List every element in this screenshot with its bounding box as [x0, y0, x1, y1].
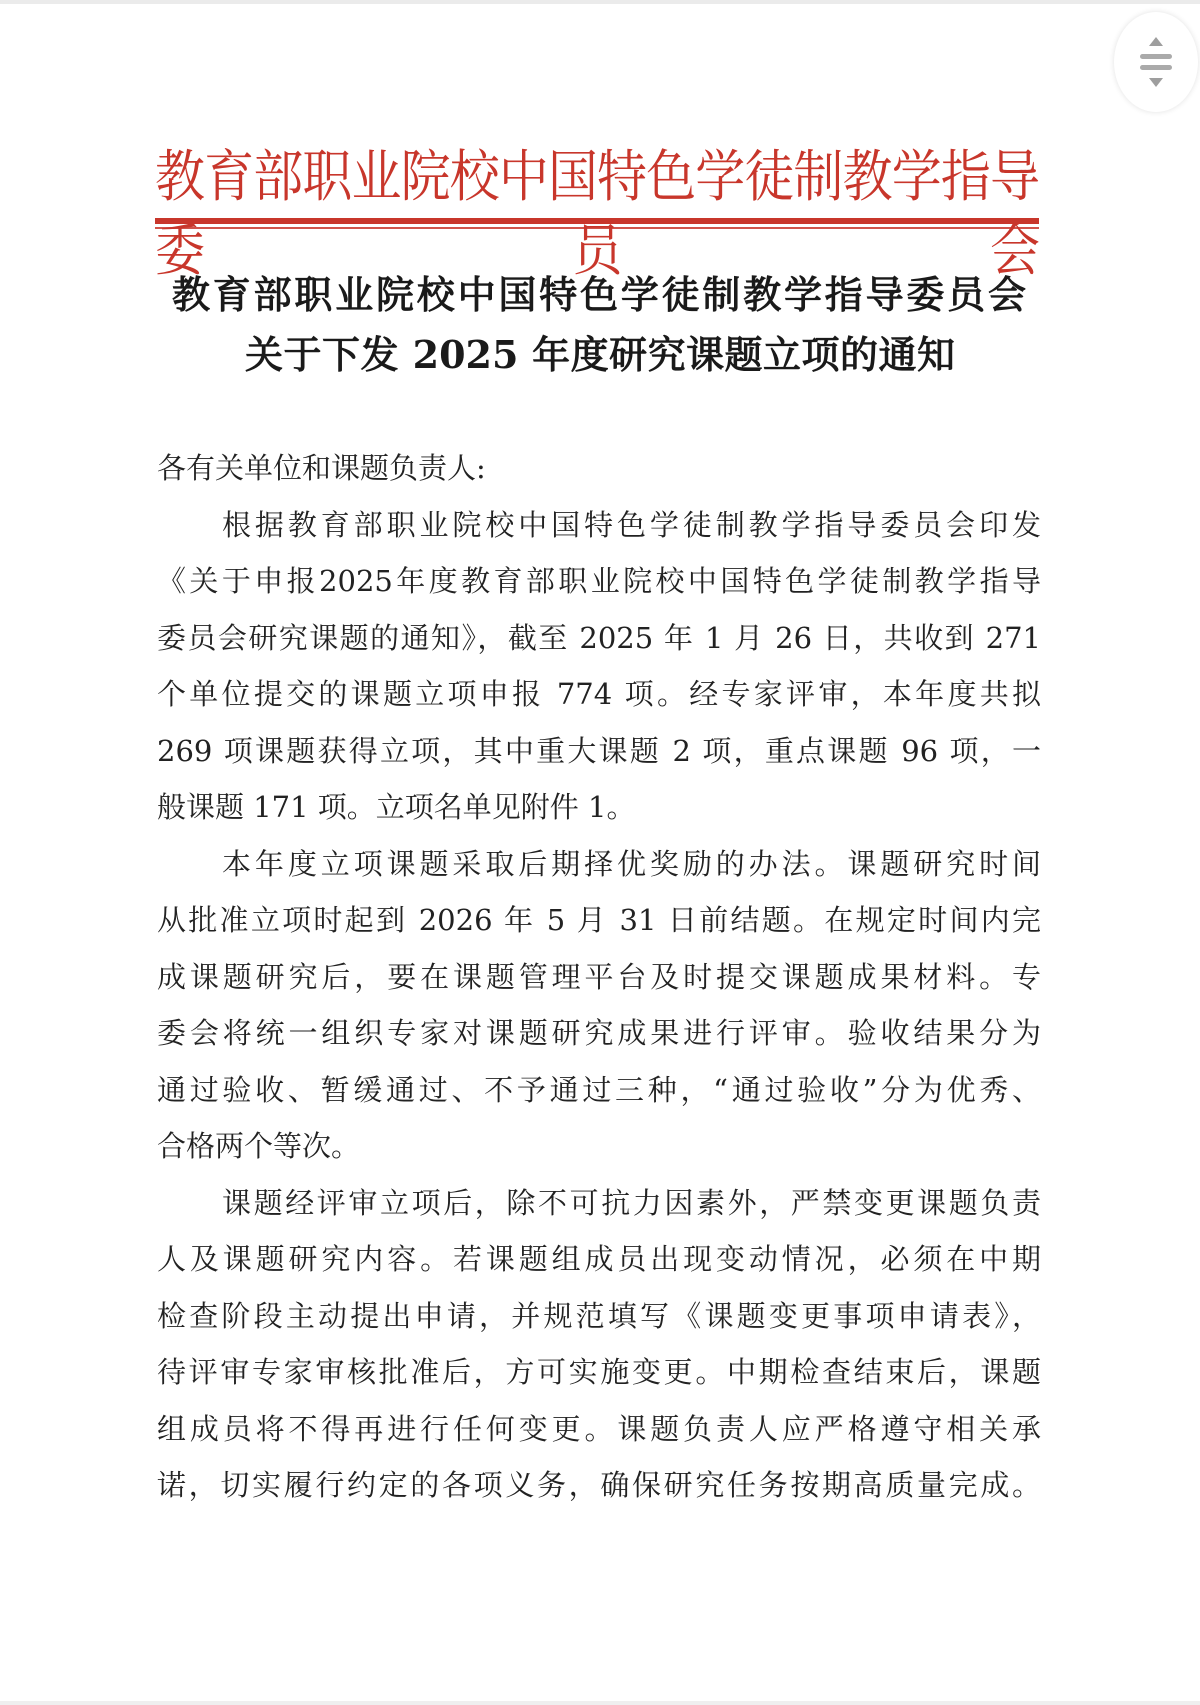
handle-bar-top: [1140, 54, 1172, 59]
body-line: 本年度立项课题采取后期择优奖励的办法。课题研究时间: [222, 844, 1041, 884]
body-line: 检查阶段主动提出申请，并规范填写《课题变更事项申请表》，: [157, 1296, 1041, 1336]
body-line: 般课题 171 项。立项名单见附件 1。: [157, 787, 1041, 827]
scroll-widget[interactable]: [1114, 12, 1198, 112]
scroll-up-icon[interactable]: [1149, 37, 1163, 46]
body-line: 从批准立项时起到 2026 年 5 月 31 日前结题。在规定时间内完: [157, 900, 1041, 940]
body-line: 委员会研究课题的通知》，截至 2025 年 1 月 26 日，共收到 271: [157, 618, 1041, 658]
body-line: 课题经评审立项后，除不可抗力因素外，严禁变更课题负责: [222, 1183, 1041, 1223]
letterhead-rule-thick: [155, 218, 1039, 224]
document-title-line2: 关于下发 2025 年度研究课题立项的通知: [245, 331, 955, 379]
body-line: 合格两个等次。: [157, 1126, 1041, 1166]
page-top-edge: [0, 0, 1200, 4]
salutation: 各有关单位和课题负责人:: [157, 448, 1041, 488]
scroll-handle-icon[interactable]: [1140, 54, 1172, 70]
body-line: 组成员将不得再进行任何变更。课题负责人应严格遵守相关承: [157, 1409, 1041, 1449]
body-line: 诺，切实履行约定的各项义务，确保研究任务按期高质量完成。: [157, 1465, 1041, 1505]
body-line: 通过验收、暂缓通过、不予通过三种，“通过验收”分为优秀、: [157, 1070, 1041, 1110]
body-line: 成课题研究后，要在课题管理平台及时提交课题成果材料。专: [157, 957, 1041, 997]
scroll-down-icon[interactable]: [1149, 78, 1163, 87]
body-line: 待评审专家审核批准后，方可实施变更。中期检查结束后，课题: [157, 1352, 1041, 1392]
body-line: 个单位提交的课题立项申报 774 项。经专家评审，本年度共拟: [157, 674, 1041, 714]
body-line: 根据教育部职业院校中国特色学徒制教学指导委员会印发: [222, 505, 1041, 545]
letterhead-rule-thin: [155, 227, 1039, 229]
handle-bar-bottom: [1140, 65, 1172, 70]
body-line: 人及课题研究内容。若课题组成员出现变动情况，必须在中期: [157, 1239, 1041, 1279]
letterhead-org-name: 教育部职业院校中国特色学徒制教学指导委员会: [155, 140, 1039, 214]
body-line: 委会将统一组织专家对课题研究成果进行评审。验收结果分为: [157, 1013, 1041, 1053]
body-line: 《关于申报2025年度教育部职业院校中国特色学徒制教学指导: [157, 561, 1041, 601]
body-line: 269 项课题获得立项，其中重大课题 2 项，重点课题 96 项，一: [157, 731, 1041, 771]
page-bottom-edge: [0, 1701, 1200, 1705]
document-title-line1: 教育部职业院校中国特色学徒制教学指导委员会: [172, 271, 1026, 319]
